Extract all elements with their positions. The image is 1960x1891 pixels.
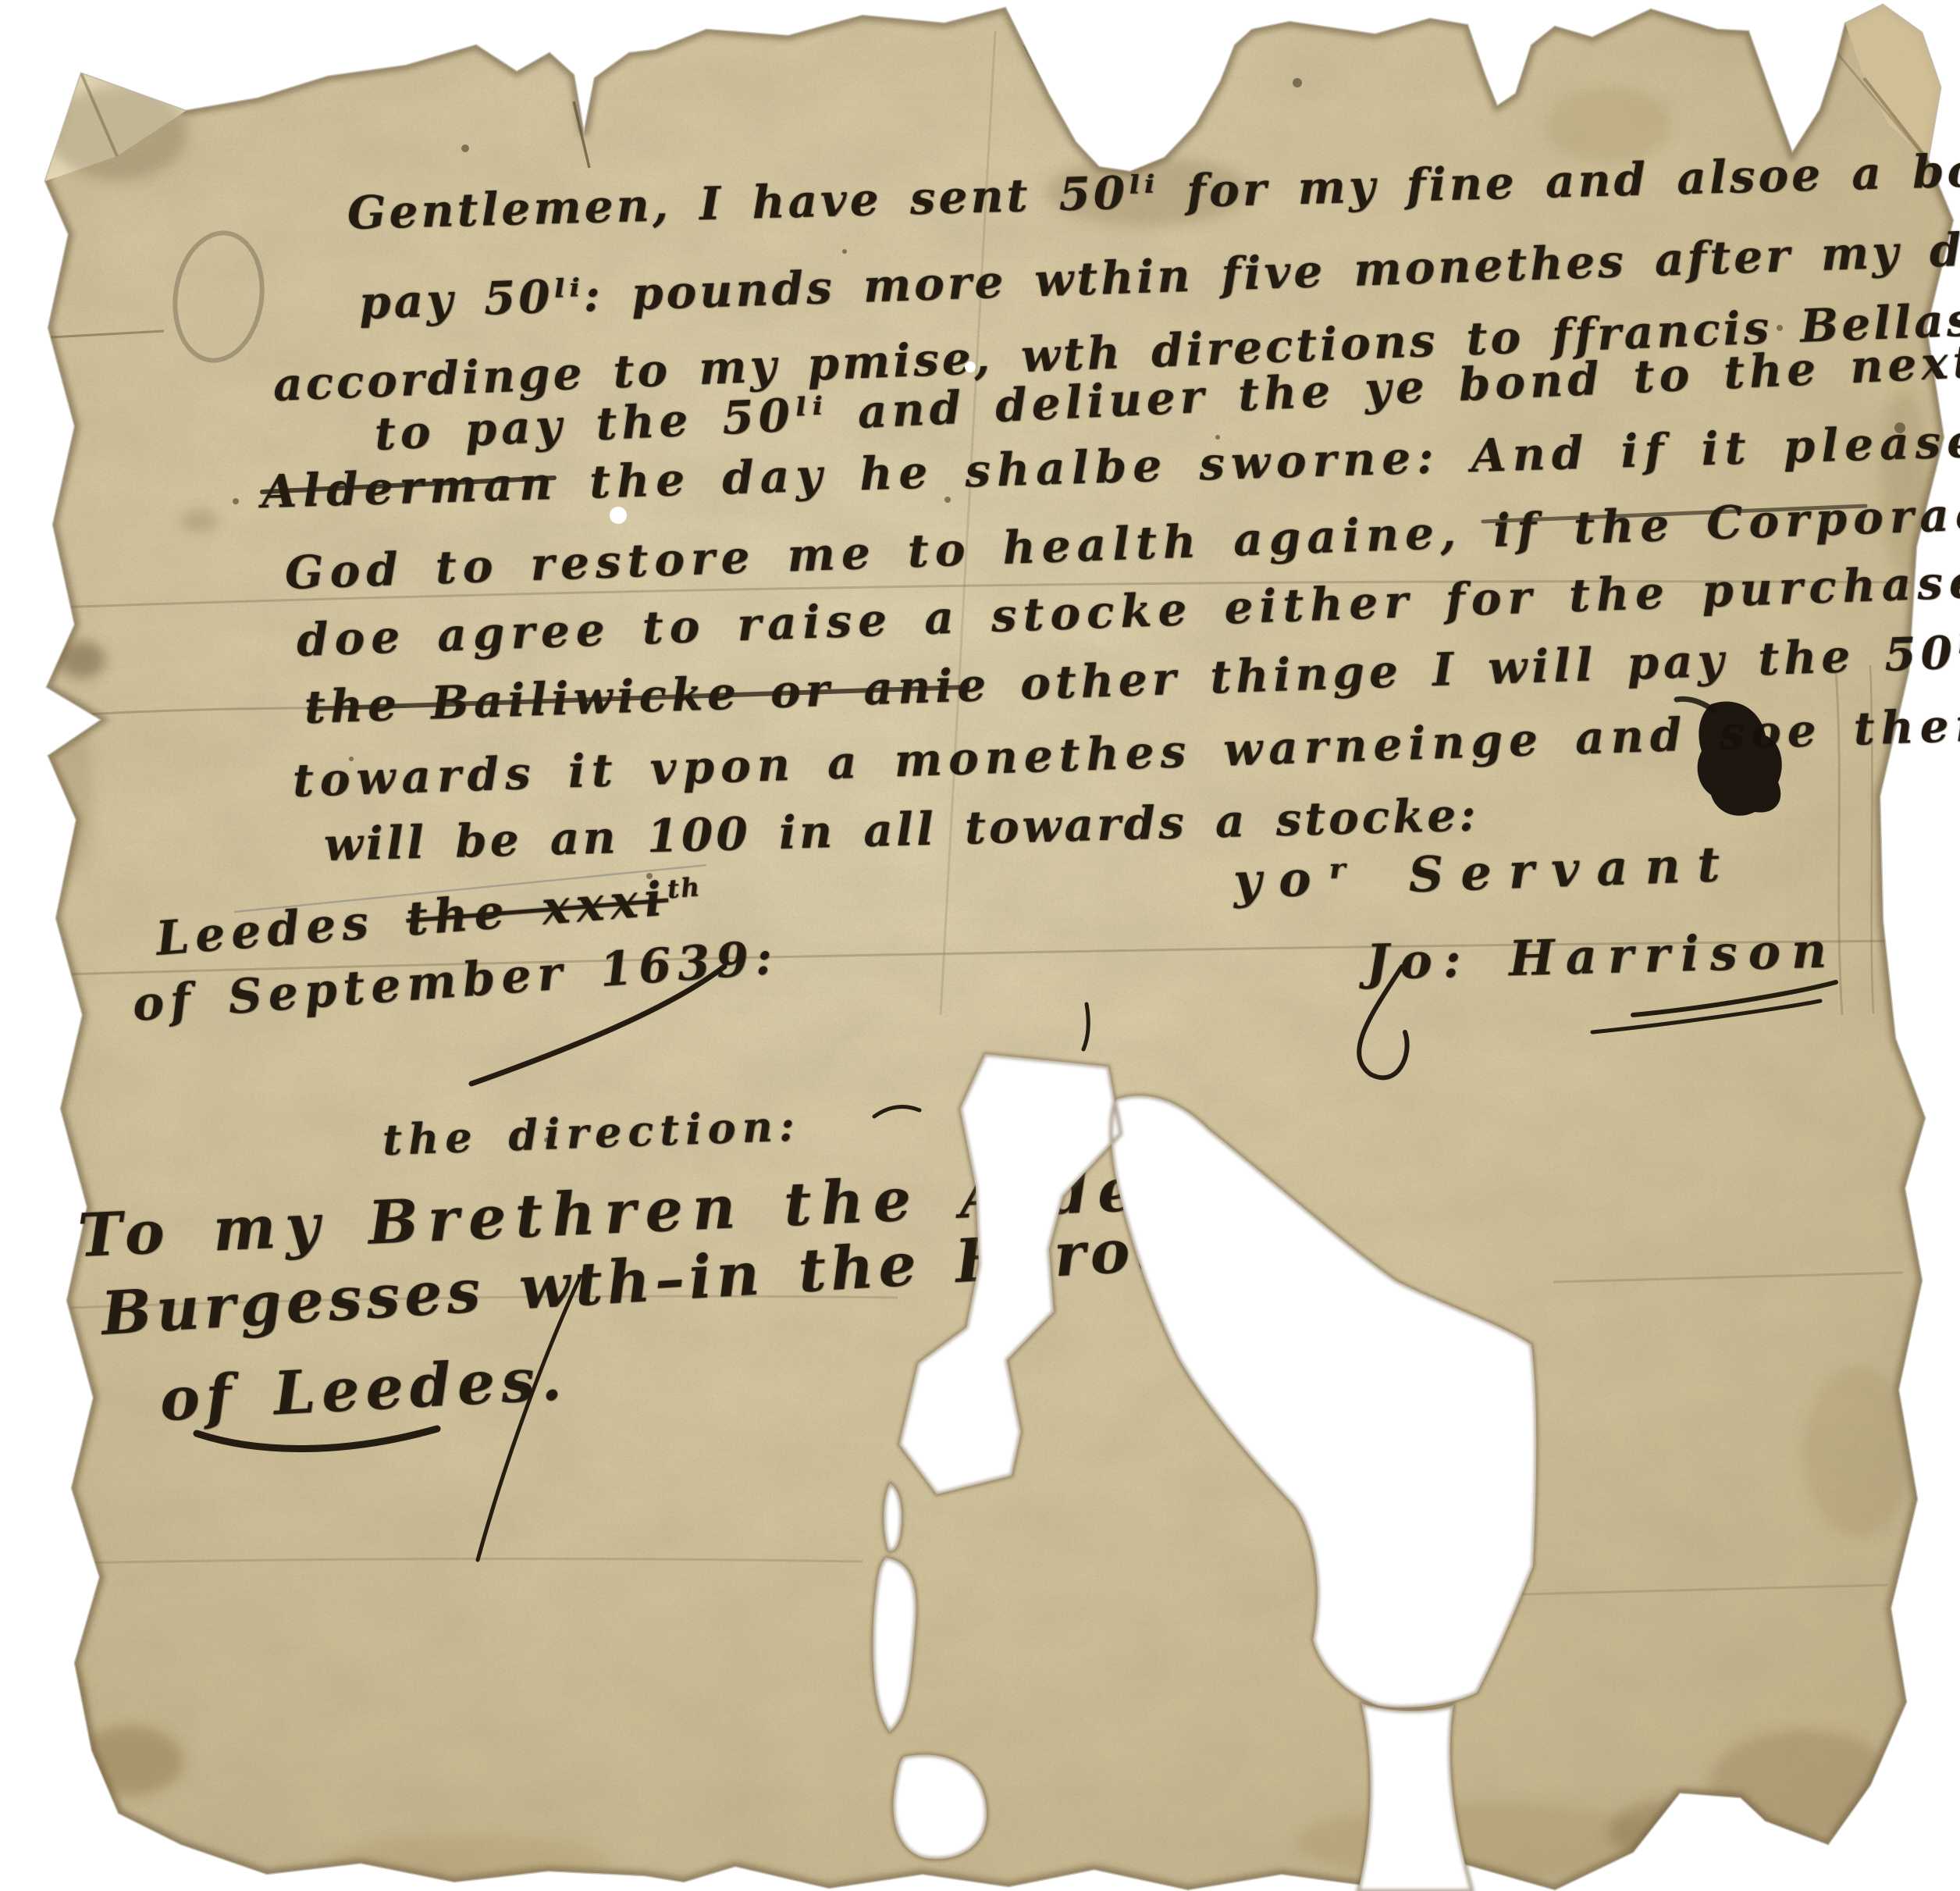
dateline-place: Leedes xyxy=(154,892,408,967)
manuscript-scan: Gentlemen, I have sent 50ˡⁱ for my fine … xyxy=(0,0,1960,1891)
signature: Jo: Harrison xyxy=(1365,921,1838,991)
letter-text: Gentlemen, I have sent 50ˡⁱ for my fine … xyxy=(0,0,1960,1891)
address-line-3: of Leedes. xyxy=(158,1344,570,1434)
direction-heading: the direction: xyxy=(382,1100,802,1165)
signoff-salutation: yoʳ Servant xyxy=(1233,835,1738,909)
dateline-struck-day: the xxxi xyxy=(404,871,671,946)
dateline-day-suffix: th xyxy=(666,871,702,904)
body-line-1: Gentlemen, I have sent 50ˡⁱ for my fine … xyxy=(347,140,1960,240)
